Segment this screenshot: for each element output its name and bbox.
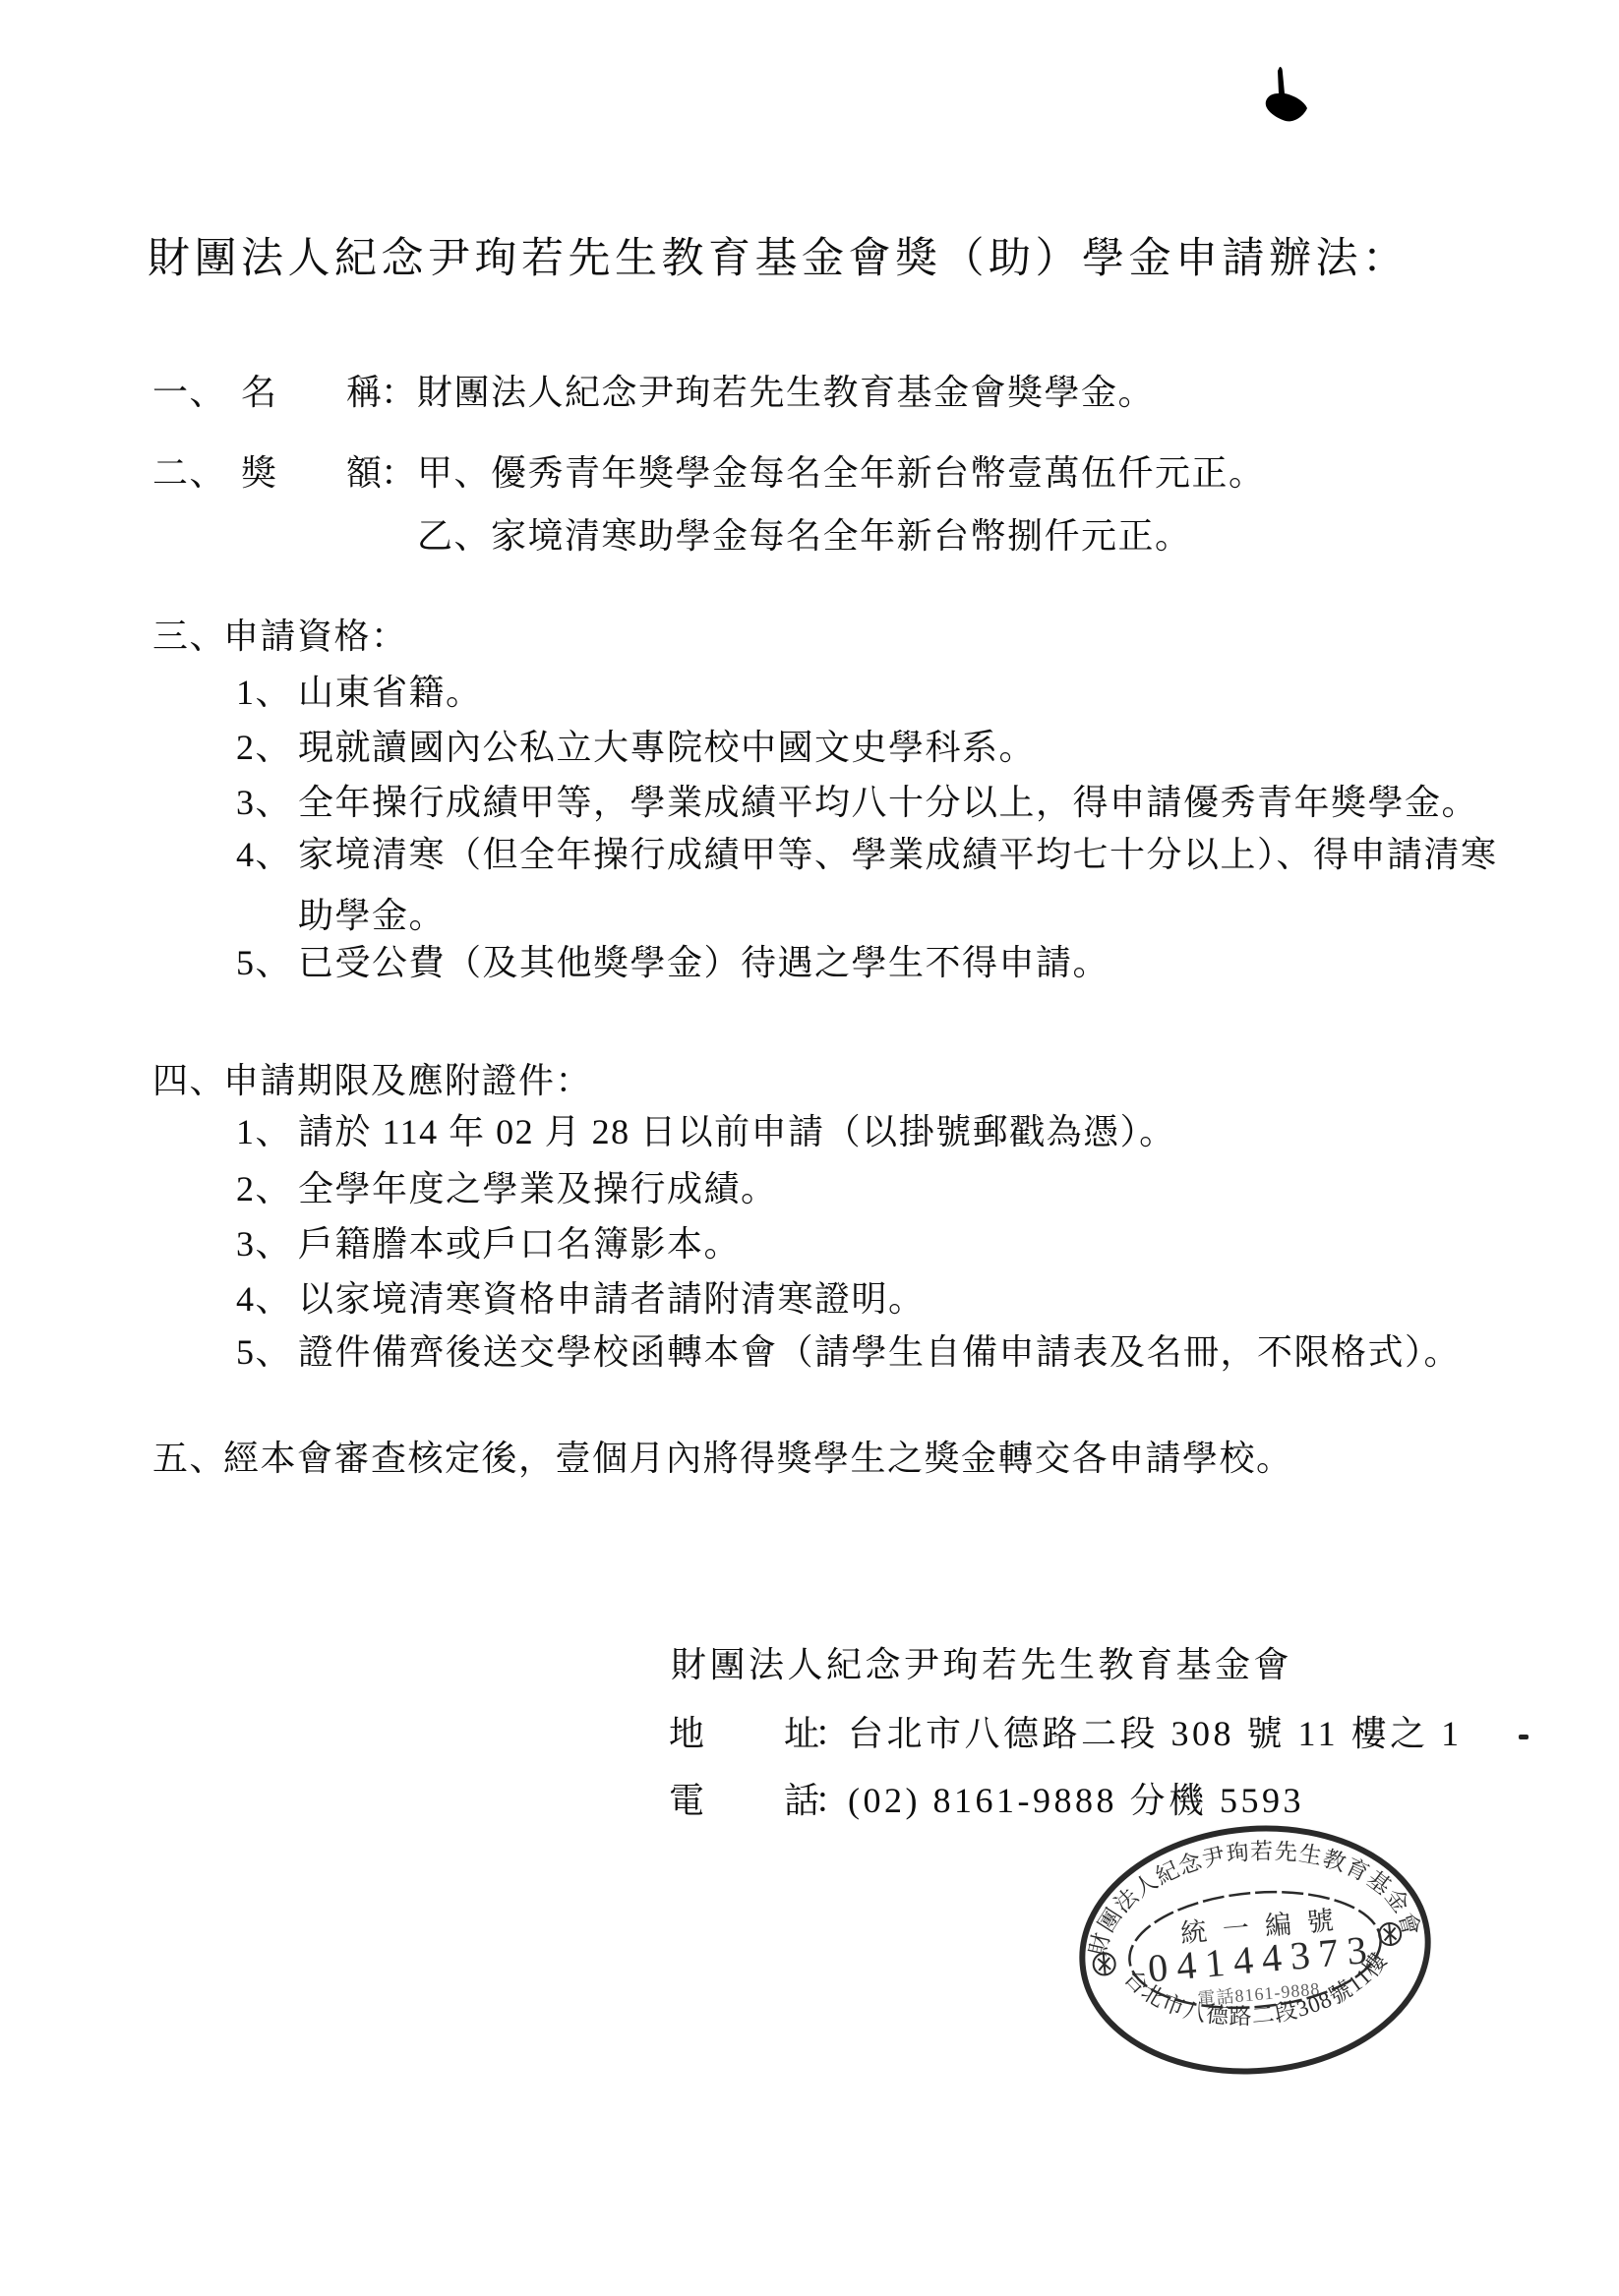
clause3-item4-text: 家境清寒（但全年操行成績甲等、學業成績平均七十分以上）、得申請清寒 — [298, 832, 1498, 877]
clause4-item1-text: 請於 114 年 02 月 28 日以前申請（以掛號郵戳為憑）。 — [298, 1109, 1176, 1154]
clause4-item3-number: 3、 — [236, 1221, 292, 1266]
clause3-item1-text: 山東省籍。 — [298, 670, 483, 715]
scan-speck-artifact — [1519, 1735, 1529, 1739]
clause4-item4-number: 4、 — [236, 1276, 292, 1322]
clause4-item3-text: 戶籍謄本或戶口名簿影本。 — [298, 1221, 741, 1266]
clause1-colon: ： — [381, 370, 418, 415]
scanned-document-page: 財團法人紀念尹珣若先生教育基金會獎（助）學金申請辦法： 一、 名 稱 ： 財團法… — [0, 0, 1619, 2296]
clause3-item4-number: 4、 — [236, 832, 292, 877]
clause4-item2-number: 2、 — [236, 1166, 292, 1211]
clause3-item5-number: 5、 — [236, 940, 292, 985]
clause4-item1-number: 1、 — [236, 1109, 292, 1154]
clause2-number: 二、 — [152, 450, 226, 496]
clause4-number: 四、 — [152, 1058, 226, 1103]
clause4-heading: 申請期限及應附證件： — [223, 1058, 592, 1103]
clause2-colon: ： — [381, 450, 418, 496]
seal-right-rosette — [1378, 1922, 1402, 1946]
clause3-item5-text: 已受公費（及其他獎學金）待遇之學生不得申請。 — [298, 940, 1109, 985]
clause4-item5-text: 證件備齊後送交學校函轉本會（請學生自備申請表及名冊，不限格式）。 — [298, 1329, 1461, 1375]
clause2-item-a: 甲、優秀青年獎學金每名全年新台幣壹萬伍仟元正。 — [417, 450, 1266, 496]
clause1-term-b: 稱 — [346, 370, 384, 415]
footer-phone-label-a: 電 — [669, 1778, 708, 1823]
clause2-term-a: 獎 — [241, 450, 278, 496]
footer-address-label-a: 地 — [669, 1711, 708, 1756]
clause5-text: 經本會審查核定後，壹個月內將得獎學生之獎金轉交各申請學校。 — [223, 1436, 1293, 1481]
clause1-text: 財團法人紀念尹珣若先生教育基金會獎學金。 — [417, 370, 1155, 415]
clause3-item4-continuation: 助學金。 — [298, 893, 446, 938]
page-title: 財團法人紀念尹珣若先生教育基金會獎（助）學金申請辦法： — [148, 234, 1409, 285]
ink-blot-shape — [1266, 67, 1307, 121]
clause3-number: 三、 — [152, 614, 226, 659]
clause3-item3-text: 全年操行成績甲等，學業成績平均八十分以上，得申請優秀青年獎學金。 — [298, 780, 1478, 825]
clause3-item3-number: 3、 — [236, 780, 292, 825]
official-seal-stamp: 財團法人紀念尹珣若先生教育基金會 台北市八德路二段308號11樓之1 統一編號 … — [1054, 1812, 1460, 2090]
seal-left-rosette — [1093, 1953, 1116, 1976]
clause2-term-b: 額 — [346, 450, 384, 496]
seal-svg: 財團法人紀念尹珣若先生教育基金會 台北市八德路二段308號11樓之1 統一編號 … — [1054, 1812, 1460, 2090]
clause2-item-b: 乙、家境清寒助學金每名全年新台幣捌仟元正。 — [417, 513, 1192, 559]
clause4-item4-text: 以家境清寒資格申請者請附清寒證明。 — [298, 1276, 926, 1322]
clause3-item2-number: 2、 — [236, 725, 292, 770]
clause1-term-a: 名 — [241, 370, 278, 415]
clause1-number: 一、 — [152, 370, 226, 415]
footer-address-value: 台北市八德路二段 308 號 11 樓之 1 — [848, 1711, 1463, 1756]
clause4-item2-text: 全學年度之學業及操行成績。 — [298, 1166, 778, 1211]
footer-organization-name: 財團法人紀念尹珣若先生教育基金會 — [671, 1642, 1292, 1687]
clause4-item5-number: 5、 — [236, 1329, 292, 1375]
clause5-number: 五、 — [152, 1436, 226, 1481]
ink-blot-artifact — [1257, 65, 1312, 128]
clause3-heading: 申請資格： — [223, 614, 408, 659]
clause3-item2-text: 現就讀國內公私立大專院校中國文史學科系。 — [298, 725, 1036, 770]
clause3-item1-number: 1、 — [236, 670, 292, 715]
